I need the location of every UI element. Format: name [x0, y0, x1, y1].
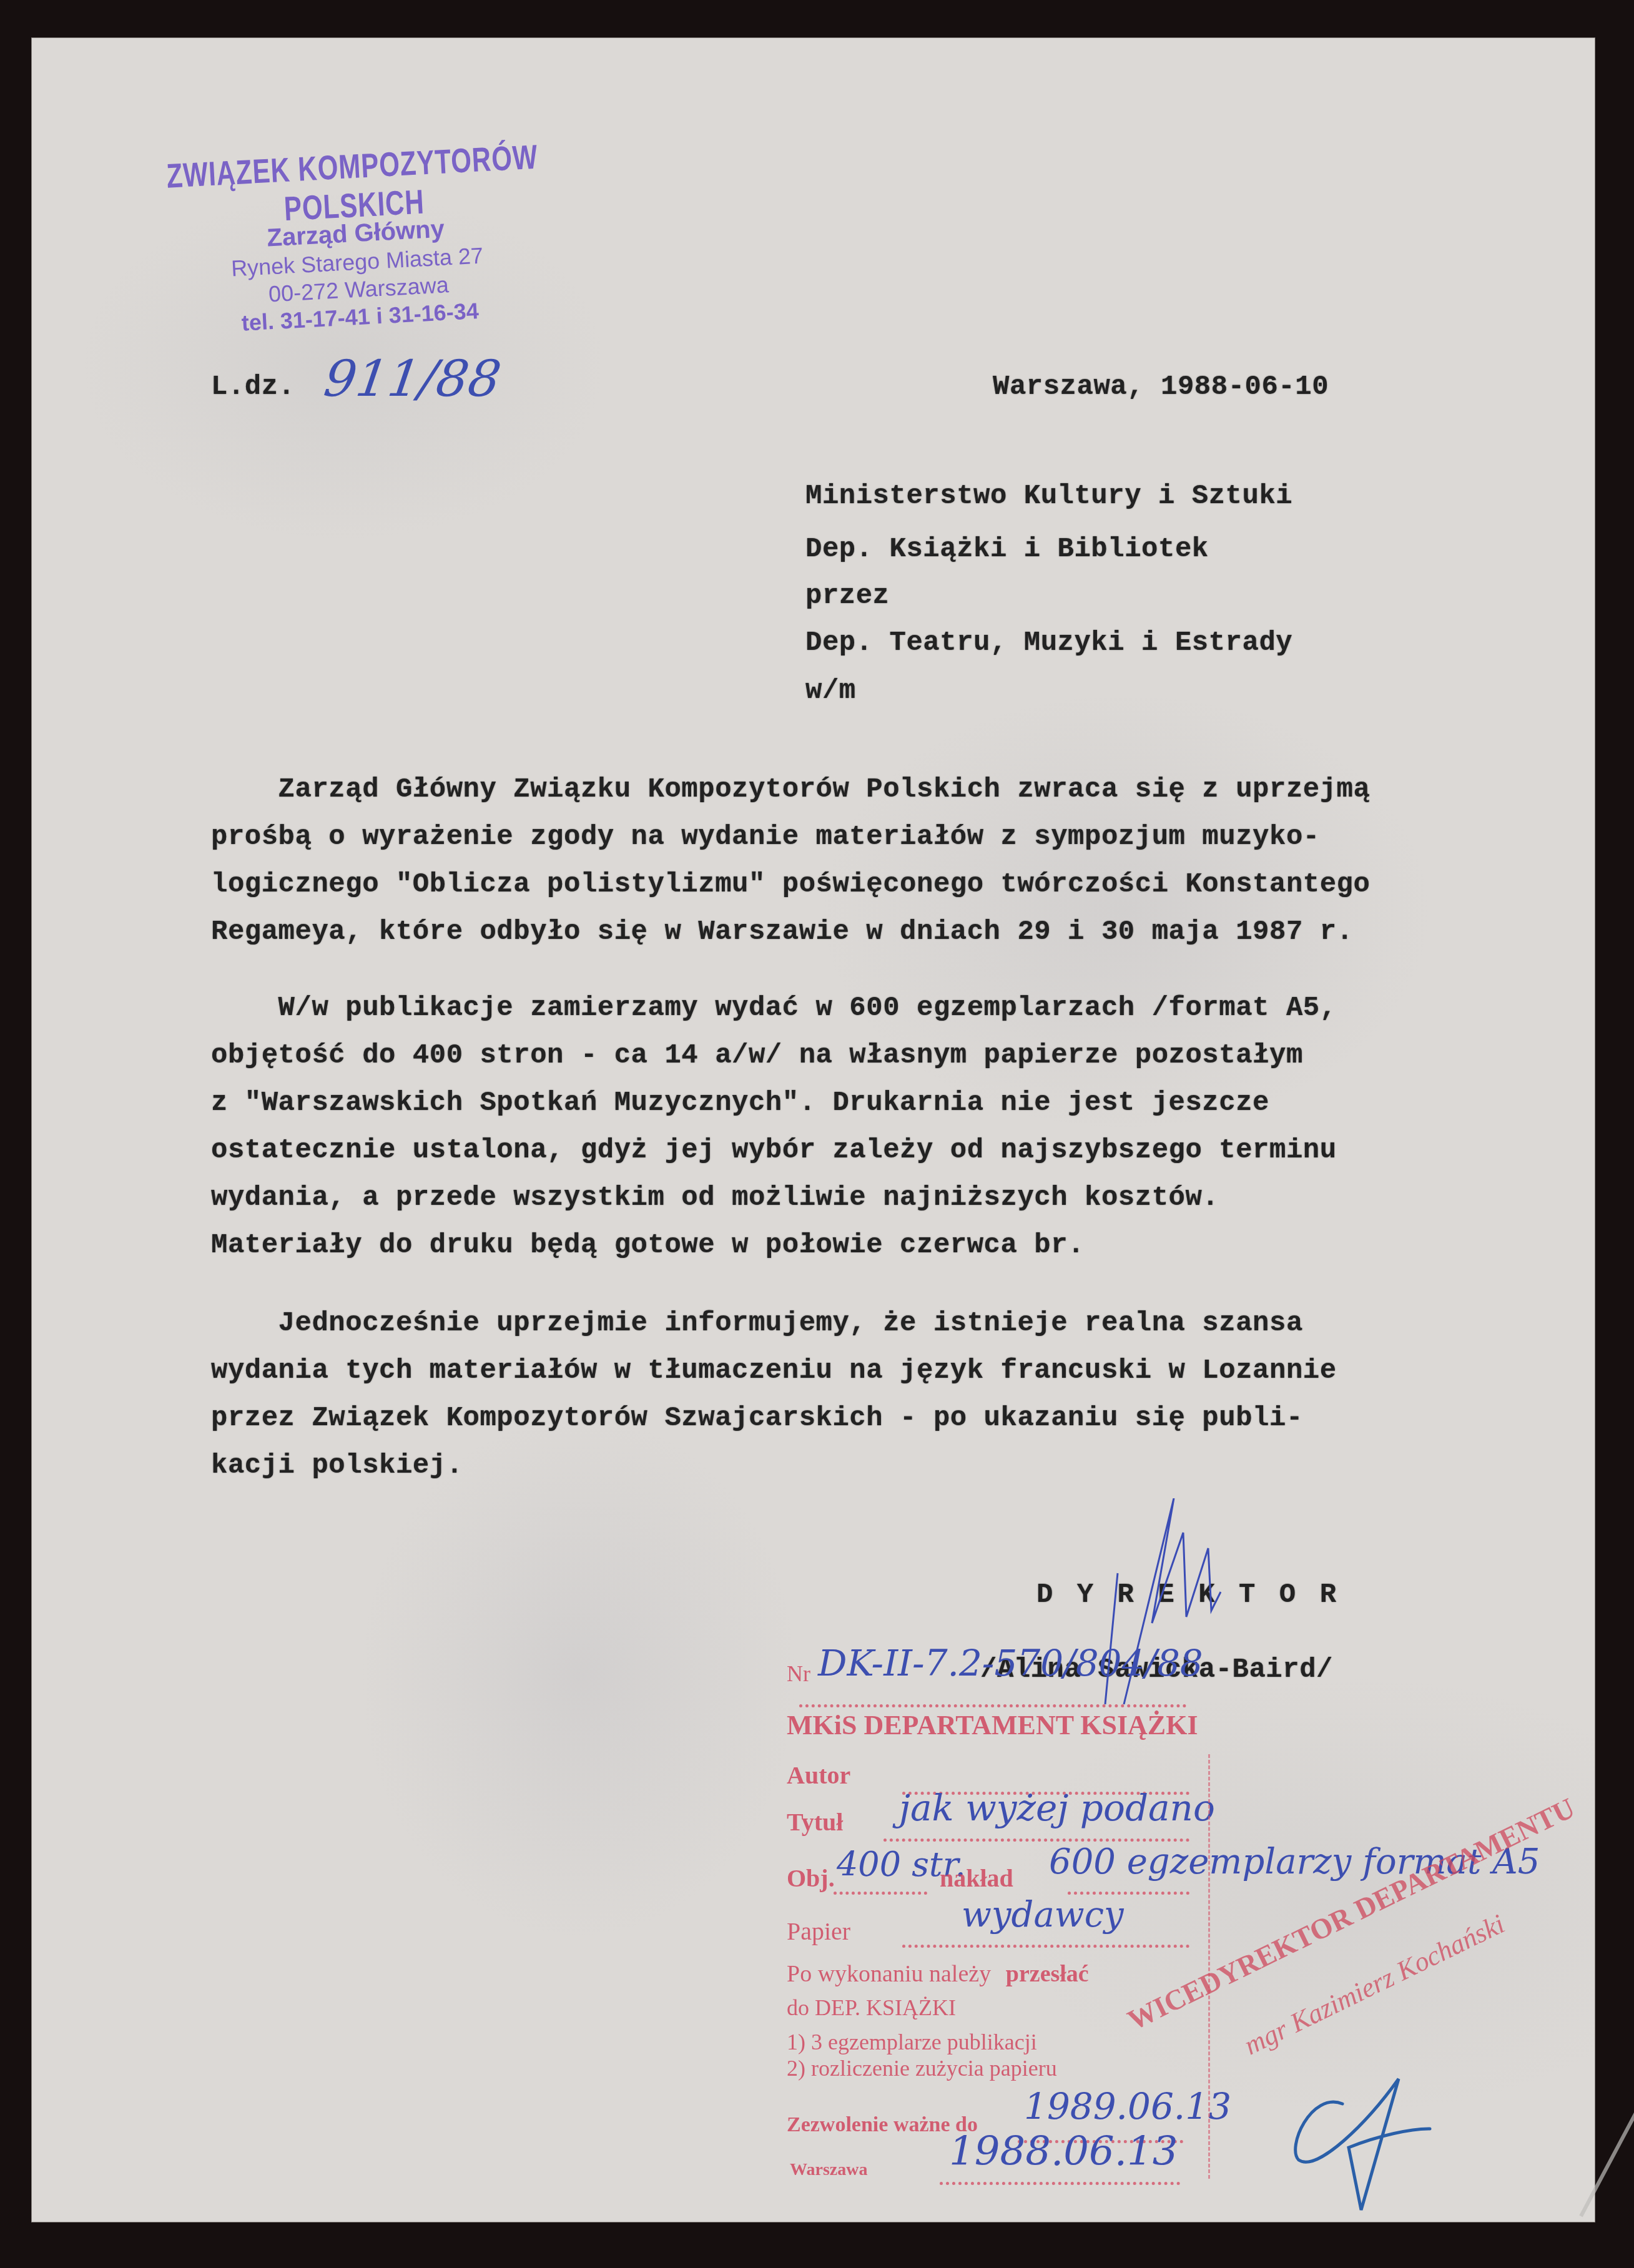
- addressee-line: w/m: [805, 675, 856, 707]
- place-date: Warszawa, 1988-06-10: [993, 371, 1329, 403]
- autor-label: Autor: [787, 1760, 850, 1790]
- note-item1: 1) 3 egzemplarze publikacji: [787, 2029, 1037, 2055]
- addressee-line: Ministerstwo Kultury i Sztuki: [805, 481, 1292, 512]
- naklad-label: nakład: [940, 1863, 1013, 1893]
- tytul-label: Tytuł: [787, 1807, 843, 1837]
- addressee-line: Dep. Teatru, Muzyki i Estrady: [805, 627, 1292, 659]
- obj-underline: [834, 1892, 927, 1895]
- papier-underline: [902, 1945, 1189, 1948]
- body-line: Regameya, które odbyło się w Warszawie w…: [211, 916, 1354, 948]
- note-item2: 2) rozliczenie zużycia papieru: [787, 2055, 1057, 2081]
- paper-crease: [1579, 2072, 1634, 2217]
- body-line: ostatecznie ustalona, gdyż jej wybór zal…: [211, 1135, 1337, 1166]
- note-line2: do DEP. KSIĄŻKI: [787, 1995, 956, 2021]
- papier-label: Papier: [787, 1917, 850, 1946]
- body-line: prośbą o wyrażenie zgody na wydanie mate…: [211, 822, 1320, 853]
- note-line1-bold: przesłać: [1006, 1961, 1089, 1987]
- place-underline: [940, 2182, 1180, 2185]
- body-line: objętość do 400 stron - ca 14 a/w/ na wł…: [211, 1040, 1303, 1071]
- note-line1: Po wykonaniu należy: [787, 1961, 991, 1987]
- body-line: kacji polskiej.: [211, 1450, 463, 1481]
- deputy-signature: [1274, 2066, 1436, 2216]
- place-label: Warszawa: [790, 2160, 867, 2180]
- ref-label: L.dz.: [211, 371, 295, 403]
- body-line: Materiały do druku będą gotowe w połowie…: [211, 1230, 1085, 1261]
- body-line: Jednocześnie uprzejmie informujemy, że i…: [211, 1308, 1303, 1339]
- department-label: MKiS DEPARTAMENT KSIĄŻKI: [787, 1709, 1198, 1741]
- nr-value: DK-II-7.2-570/804/88: [818, 1642, 1203, 1684]
- sender-stamp: ZWIĄZEK KOMPOZYTORÓW POLSKICH Zarząd Głó…: [152, 145, 560, 328]
- body-line: Zarząd Główny Związku Kompozytorów Polsk…: [211, 774, 1370, 805]
- body-line: z "Warszawskich Spotkań Muzycznych". Dru…: [211, 1087, 1269, 1119]
- nr-underline: [799, 1704, 1186, 1707]
- body-line: logicznego "Oblicza polistylizmu" poświę…: [211, 869, 1370, 900]
- body-line: W/w publikacje zamierzamy wydać w 600 eg…: [211, 993, 1337, 1024]
- papier-value: wydawcy: [962, 1895, 1124, 1935]
- nr-label: Nr: [787, 1661, 810, 1687]
- body-line: przez Związek Kompozytorów Szwajcarskich…: [211, 1403, 1303, 1434]
- body-line: wydania tych materiałów w tłumaczeniu na…: [211, 1355, 1337, 1387]
- delivery-note: Po wykonaniu należy przesłać: [787, 1960, 1089, 1988]
- obj-label: Obj.: [787, 1863, 835, 1893]
- body-line: wydania, a przede wszystkim od możliwie …: [211, 1182, 1219, 1214]
- tytul-value: jak wyżej podano: [899, 1787, 1215, 1829]
- place-date-value: 1988.06.13: [949, 2129, 1178, 2175]
- ref-number: 911/88: [320, 350, 504, 408]
- addressee-line: przez: [805, 581, 890, 612]
- addressee-line: Dep. Książki i Bibliotek: [805, 534, 1209, 565]
